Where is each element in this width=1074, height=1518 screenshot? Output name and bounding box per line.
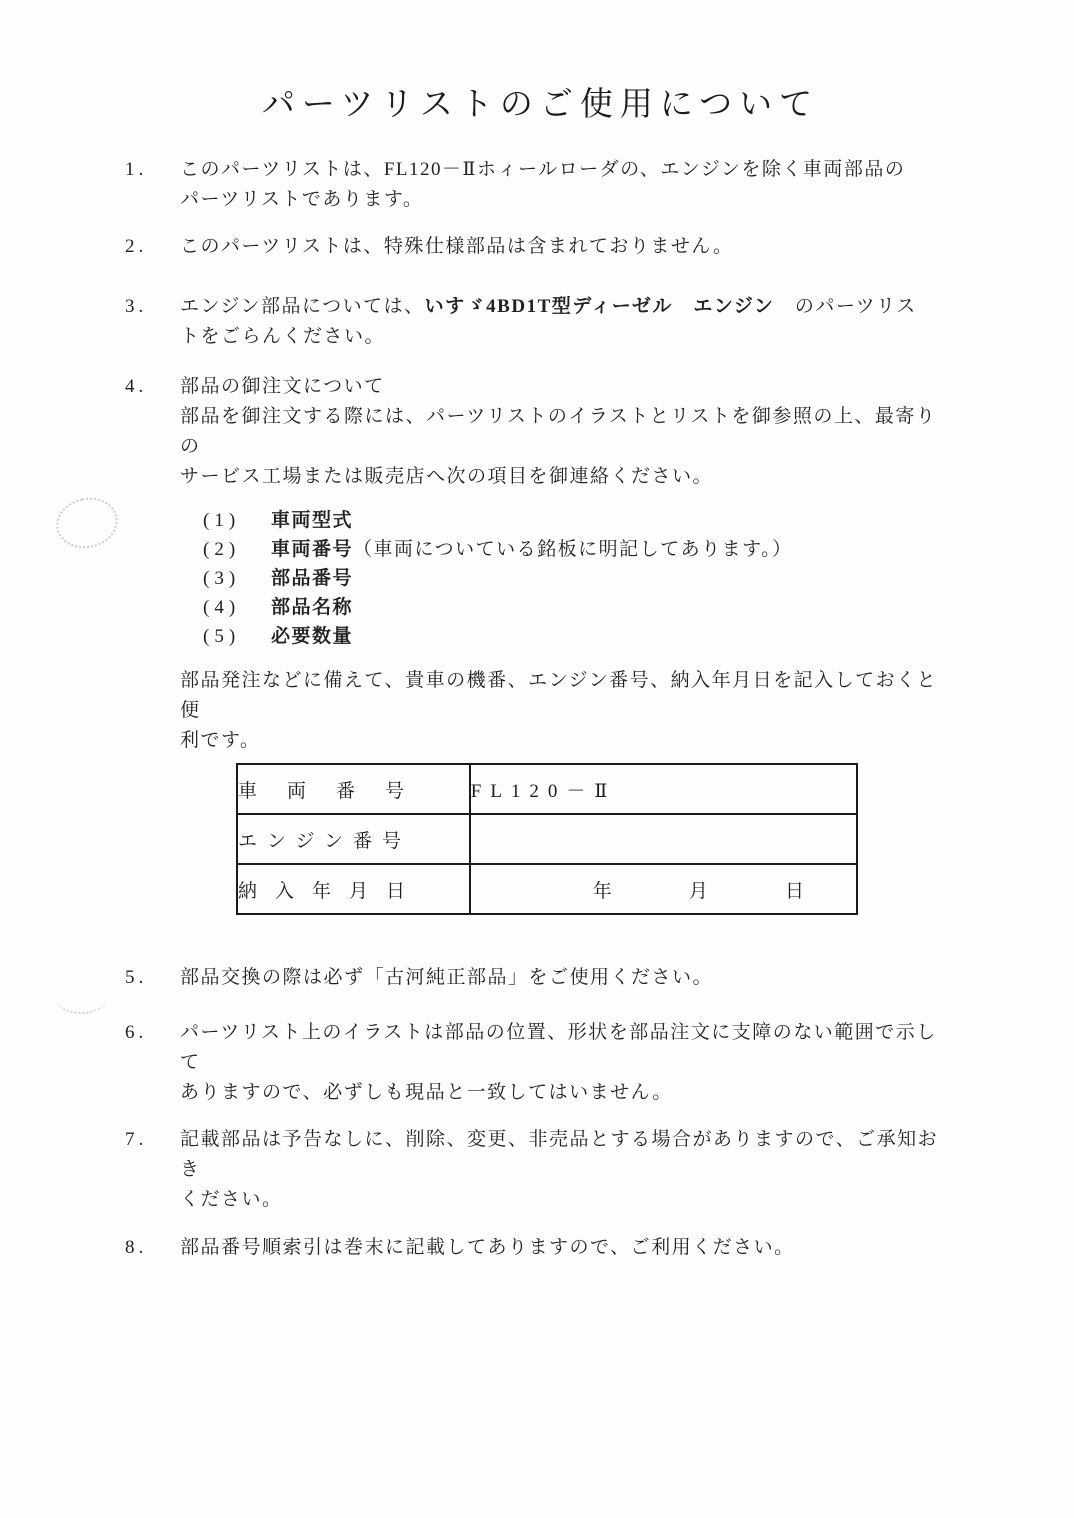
text-line: このパーツリストは、FL120－Ⅱホィールローダの、エンジンを除く車両部品の xyxy=(180,155,956,185)
vehicle-info-table: 車両番号 FL120－Ⅱ エンジン番号 納入年月日 年 月 日 xyxy=(236,763,858,915)
list-item-8: 8. 部品番号順索引は巻末に記載してありますので、ご利用ください。 xyxy=(125,1233,956,1263)
list-item-2: 2. このパーツリストは、特殊仕様部品は含まれておりません。 xyxy=(125,232,956,262)
sublist-item-1: (1) 車両型式 xyxy=(203,506,956,535)
sublist-label: 車両番号 xyxy=(271,539,353,560)
delivery-date-label: 納入年月日 xyxy=(237,864,470,914)
item-7-number: 7. xyxy=(125,1125,180,1215)
sublist-number: (2) xyxy=(203,535,271,564)
text-line: 記載部品は予告なしに、削除、変更、非売品とする場合がありますので、ご承知おき xyxy=(180,1125,956,1185)
item-1-text: このパーツリストは、FL120－Ⅱホィールローダの、エンジンを除く車両部品の パ… xyxy=(180,155,956,215)
sublist-item-5: (5) 必要数量 xyxy=(203,622,956,651)
sublist-label: 部品番号 xyxy=(271,568,353,589)
text-line: 利です。 xyxy=(180,726,956,756)
item-8-number: 8. xyxy=(125,1233,180,1263)
text-line: エンジン部品については、いすゞ4BD1T型ディーゼル エンジン のパーツリス xyxy=(180,292,956,322)
vehicle-number-value: FL120－Ⅱ xyxy=(470,764,857,814)
text-line: パーツリストであります。 xyxy=(180,185,956,215)
table-row-engine-number: エンジン番号 xyxy=(237,814,857,864)
table-row-delivery-date: 納入年月日 年 月 日 xyxy=(237,864,857,914)
text-line: 部品の御注文について xyxy=(180,372,956,402)
sublist-text: 車両型式 xyxy=(271,506,353,535)
item-8-text: 部品番号順索引は巻末に記載してありますので、ご利用ください。 xyxy=(180,1233,956,1263)
text-line: ありますので、必ずしも現品と一致してはいません。 xyxy=(180,1078,956,1108)
sublist-number: (5) xyxy=(203,622,271,651)
sublist-text: 部品番号 xyxy=(271,564,353,593)
vehicle-number-label: 車両番号 xyxy=(237,764,470,814)
sublist-label: 必要数量 xyxy=(271,626,353,647)
sublist-note: （車両についている銘板に明記してあります。） xyxy=(353,539,793,560)
sublist-number: (3) xyxy=(203,564,271,593)
sublist-number: (4) xyxy=(203,593,271,622)
text-line: サービス工場または販売店へ次の項目を御連絡ください。 xyxy=(180,462,956,492)
list-item-6: 6. パーツリスト上のイラストは部品の位置、形状を部品注文に支障のない範囲で示し… xyxy=(125,1018,956,1108)
sublist-item-3: (3) 部品番号 xyxy=(203,564,956,593)
note-paragraph: 部品発注などに備えて、貴車の機番、エンジン番号、納入年月日を記入しておくと便 利… xyxy=(180,666,956,756)
text-line: 部品交換の際は必ず「古河純正部品」をご使用ください。 xyxy=(180,963,956,993)
sublist-label: 部品名称 xyxy=(271,597,353,618)
item-3-number: 3. xyxy=(125,292,180,352)
item-1-number: 1. xyxy=(125,155,180,215)
item-6-number: 6. xyxy=(125,1018,180,1108)
sublist-item-2: (2) 車両番号（車両についている銘板に明記してあります。） xyxy=(203,535,956,564)
year-label: 年 xyxy=(593,876,612,903)
item-5-number: 5. xyxy=(125,963,180,993)
item-4-text: 部品の御注文について 部品を御注文する際には、パーツリストのイラストとリストを御… xyxy=(180,372,956,492)
sublist-text: 車両番号（車両についている銘板に明記してあります。） xyxy=(271,535,793,564)
list-item-4: 4. 部品の御注文について 部品を御注文する際には、パーツリストのイラストとリス… xyxy=(125,372,956,492)
list-item-3: 3. エンジン部品については、いすゞ4BD1T型ディーゼル エンジン のパーツリ… xyxy=(125,292,956,352)
order-info-sublist: (1) 車両型式 (2) 車両番号（車両についている銘板に明記してあります。） … xyxy=(203,506,956,651)
text-line: ください。 xyxy=(180,1185,956,1215)
text-line: トをごらんください。 xyxy=(180,322,956,352)
text-line: パーツリスト上のイラストは部品の位置、形状を部品注文に支障のない範囲で示して xyxy=(180,1018,956,1078)
scan-smudge-arc xyxy=(55,980,107,1014)
text-segment: のパーツリス xyxy=(774,296,916,317)
item-6-text: パーツリスト上のイラストは部品の位置、形状を部品注文に支障のない範囲で示して あ… xyxy=(180,1018,956,1108)
list-item-5: 5. 部品交換の際は必ず「古河純正部品」をご使用ください。 xyxy=(125,963,956,993)
item-7-text: 記載部品は予告なしに、削除、変更、非売品とする場合がありますので、ご承知おき く… xyxy=(180,1125,956,1215)
list-item-1: 1. このパーツリストは、FL120－Ⅱホィールローダの、エンジンを除く車両部品… xyxy=(125,155,956,215)
text-line: このパーツリストは、特殊仕様部品は含まれておりません。 xyxy=(180,232,956,262)
item-2-number: 2. xyxy=(125,232,180,262)
item-3-text: エンジン部品については、いすゞ4BD1T型ディーゼル エンジン のパーツリス ト… xyxy=(180,292,956,352)
engine-model-text: いすゞ4BD1T型ディーゼル エンジン xyxy=(425,296,775,317)
list-item-7: 7. 記載部品は予告なしに、削除、変更、非売品とする場合がありますので、ご承知お… xyxy=(125,1125,956,1215)
engine-number-label: エンジン番号 xyxy=(237,814,470,864)
text-line: 部品番号順索引は巻末に記載してありますので、ご利用ください。 xyxy=(180,1233,956,1263)
month-label: 月 xyxy=(689,876,708,903)
text-line: 部品を御注文する際には、パーツリストのイラストとリストを御参照の上、最寄りの xyxy=(180,402,956,462)
text-line: 部品発注などに備えて、貴車の機番、エンジン番号、納入年月日を記入しておくと便 xyxy=(180,666,956,726)
engine-number-value xyxy=(470,814,857,864)
item-4-number: 4. xyxy=(125,372,180,492)
table-row-vehicle-number: 車両番号 FL120－Ⅱ xyxy=(237,764,857,814)
item-2-text: このパーツリストは、特殊仕様部品は含まれておりません。 xyxy=(180,232,956,262)
delivery-date-value: 年 月 日 xyxy=(470,864,857,914)
sublist-label: 車両型式 xyxy=(271,510,353,531)
sublist-number: (1) xyxy=(203,506,271,535)
item-5-text: 部品交換の際は必ず「古河純正部品」をご使用ください。 xyxy=(180,963,956,993)
sublist-text: 部品名称 xyxy=(271,593,353,622)
text-segment: エンジン部品については、 xyxy=(180,296,425,317)
page-title: パーツリストのご使用について xyxy=(125,78,956,125)
document-page: パーツリストのご使用について 1. このパーツリストは、FL120－Ⅱホィールロ… xyxy=(0,0,1074,1263)
day-label: 日 xyxy=(785,876,804,903)
sublist-item-4: (4) 部品名称 xyxy=(203,593,956,622)
sublist-text: 必要数量 xyxy=(271,622,353,651)
